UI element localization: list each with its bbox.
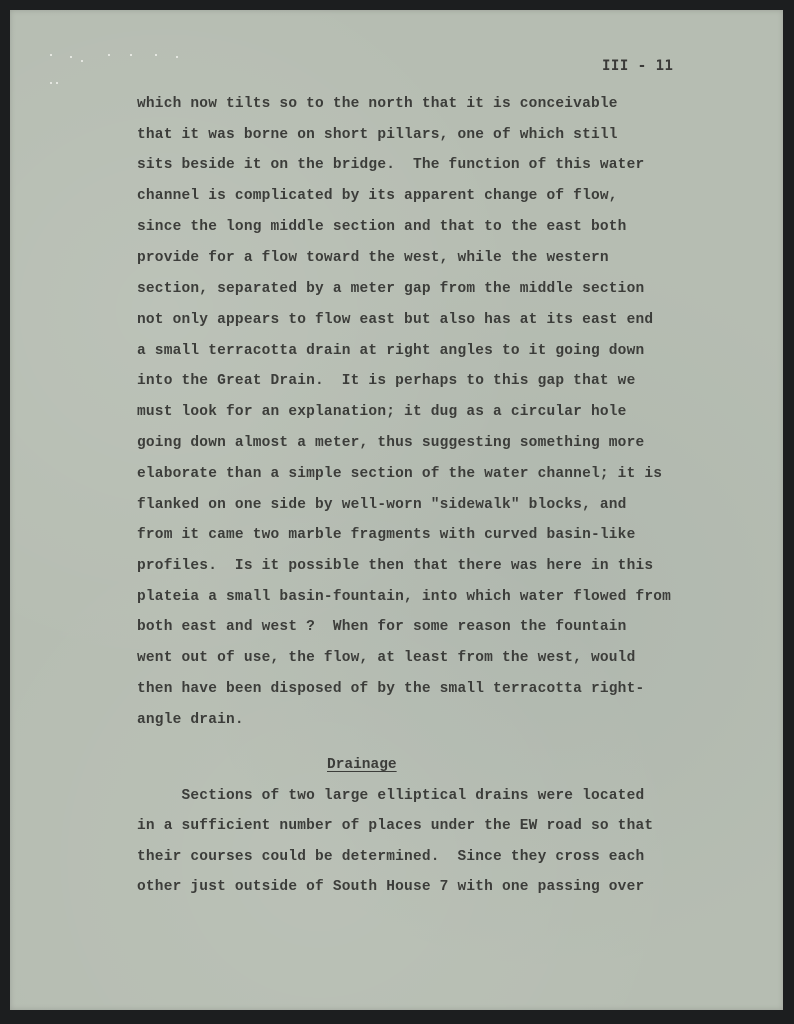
text-line: angle drain. xyxy=(137,712,244,728)
text-line: then have been disposed of by the small … xyxy=(137,681,644,697)
page-number: III - 11 xyxy=(602,58,673,74)
text-line: into the Great Drain. It is perhaps to t… xyxy=(137,373,635,389)
text-line: not only appears to flow east but also h… xyxy=(137,312,653,328)
text-line: which now tilts so to the north that it … xyxy=(137,96,618,112)
text-line: from it came two marble fragments with c… xyxy=(137,527,635,543)
text-line: going down almost a meter, thus suggesti… xyxy=(137,435,644,451)
text-line: plateia a small basin-fountain, into whi… xyxy=(137,589,671,605)
text-line: profiles. Is it possible then that there… xyxy=(137,558,653,574)
text-line: sits beside it on the bridge. The functi… xyxy=(137,157,644,173)
text-line: Sections of two large elliptical drains … xyxy=(137,788,644,804)
text-line: provide for a flow toward the west, whil… xyxy=(137,250,609,266)
text-line: both east and west ? When for some reaso… xyxy=(137,619,627,635)
punch-marks xyxy=(48,52,208,92)
text-line: flanked on one side by well-worn "sidewa… xyxy=(137,497,627,513)
section-heading: Drainage xyxy=(327,757,397,773)
text-line: in a sufficient number of places under t… xyxy=(137,818,653,834)
text-line: that it was borne on short pillars, one … xyxy=(137,127,618,143)
text-line: since the long middle section and that t… xyxy=(137,219,627,235)
text-line: channel is complicated by its apparent c… xyxy=(137,188,618,204)
text-line: other just outside of South House 7 with… xyxy=(137,879,644,895)
text-line: a small terracotta drain at right angles… xyxy=(137,343,644,359)
text-line: section, separated by a meter gap from t… xyxy=(137,281,644,297)
text-line: must look for an explanation; it dug as … xyxy=(137,404,627,420)
text-line: their courses could be determined. Since… xyxy=(137,849,644,865)
text-line: went out of use, the flow, at least from… xyxy=(137,650,635,666)
text-line: elaborate than a simple section of the w… xyxy=(137,466,662,482)
